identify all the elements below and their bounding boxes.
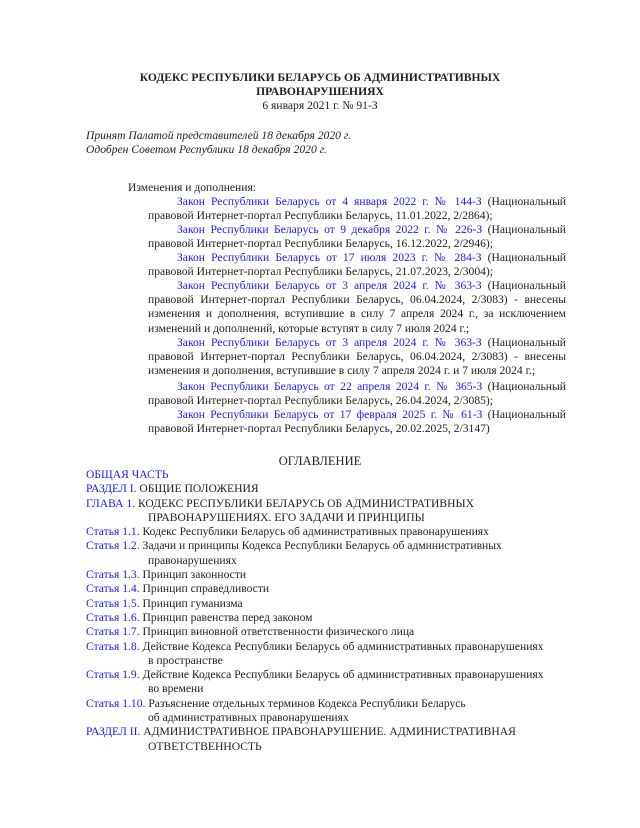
document-title-line1: КОДЕКС РЕСПУБЛИКИ БЕЛАРУСЬ ОБ АДМИНИСТРА… bbox=[80, 71, 560, 85]
amendment-item: Закон Республики Беларусь от 17 июля 202… bbox=[148, 251, 566, 279]
amendment-item: Закон Республики Беларусь от 17 февраля … bbox=[148, 408, 566, 436]
toc-entry: Статья 1.2. Задачи и принципы Кодекса Ре… bbox=[86, 539, 544, 553]
toc-entry: Статья 1.8. Действие Кодекса Республики … bbox=[86, 640, 544, 654]
toc-entry-title: АДМИНИСТРАТИВНОЕ ПРАВОНАРУШЕНИЕ. АДМИНИС… bbox=[140, 725, 516, 738]
toc-link[interactable]: Статья 1.6. bbox=[86, 611, 140, 624]
amendment-item: Закон Республики Беларусь от 3 апреля 20… bbox=[148, 279, 566, 336]
approved-line: Одобрен Советом Республики 18 декабря 20… bbox=[86, 143, 327, 157]
toc-entry-title: Кодекс Республики Беларусь об администра… bbox=[140, 525, 489, 538]
amendment-link[interactable]: Закон Республики Беларусь от 9 декабря 2… bbox=[177, 223, 482, 236]
toc-entry-title: Задачи и принципы Кодекса Республики Бел… bbox=[140, 539, 502, 552]
toc-entry: Статья 1.3. Принцип законности bbox=[86, 568, 544, 582]
amendment-link[interactable]: Закон Республики Беларусь от 3 апреля 20… bbox=[177, 279, 482, 292]
toc-link[interactable]: Статья 1.9. bbox=[86, 668, 140, 681]
toc-entry-continuation: во времени bbox=[86, 682, 544, 696]
toc-entry: ГЛАВА 1. КОДЕКС РЕСПУБЛИКИ БЕЛАРУСЬ ОБ А… bbox=[86, 497, 544, 511]
toc-entry-continuation: об административных правонарушениях bbox=[86, 711, 544, 725]
toc-link[interactable]: Статья 1.10. bbox=[86, 697, 145, 710]
toc-entry-title: Принцип законности bbox=[140, 568, 246, 581]
toc-link[interactable]: ОБЩАЯ ЧАСТЬ bbox=[86, 468, 169, 481]
amendment-item: Закон Республики Беларусь от 9 декабря 2… bbox=[148, 223, 566, 251]
amendment-item: Закон Республики Беларусь от 4 января 20… bbox=[148, 195, 566, 223]
amendment-item: Закон Республики Беларусь от 3 апреля 20… bbox=[148, 336, 566, 379]
toc-entry-continuation: ПРАВОНАРУШЕНИЯХ. ЕГО ЗАДАЧИ И ПРИНЦИПЫ bbox=[86, 511, 544, 525]
toc-entry-continuation: в пространстве bbox=[86, 654, 544, 668]
amendment-item: Закон Республики Беларусь от 22 апреля 2… bbox=[148, 380, 566, 408]
table-of-contents: ОБЩАЯ ЧАСТЬРАЗДЕЛ I. ОБЩИЕ ПОЛОЖЕНИЯГЛАВ… bbox=[86, 468, 544, 754]
amendment-link[interactable]: Закон Республики Беларусь от 22 апреля 2… bbox=[177, 380, 482, 393]
toc-entry-title: Действие Кодекса Республики Беларусь об … bbox=[140, 668, 544, 681]
toc-link[interactable]: Статья 1.3. bbox=[86, 568, 140, 581]
toc-entry-title: КОДЕКС РЕСПУБЛИКИ БЕЛАРУСЬ ОБ АДМИНИСТРА… bbox=[135, 497, 474, 510]
toc-entry: Статья 1.5. Принцип гуманизма bbox=[86, 597, 544, 611]
toc-entry: Статья 1.10. Разъяснение отдельных терми… bbox=[86, 697, 544, 711]
toc-link[interactable]: Статья 1.7. bbox=[86, 625, 140, 638]
toc-link[interactable]: РАЗДЕЛ II. bbox=[86, 725, 140, 738]
toc-link[interactable]: ГЛАВА 1. bbox=[86, 497, 135, 510]
toc-entry-continuation: правонарушениях bbox=[86, 554, 544, 568]
toc-link[interactable]: Статья 1.2. bbox=[86, 539, 140, 552]
toc-entry: РАЗДЕЛ II. АДМИНИСТРАТИВНОЕ ПРАВОНАРУШЕН… bbox=[86, 725, 544, 739]
toc-entry: РАЗДЕЛ I. ОБЩИЕ ПОЛОЖЕНИЯ bbox=[86, 482, 544, 496]
toc-entry-title: Действие Кодекса Республики Беларусь об … bbox=[140, 640, 544, 653]
toc-entry: Статья 1.9. Действие Кодекса Республики … bbox=[86, 668, 544, 682]
amendment-link[interactable]: Закон Республики Беларусь от 3 апреля 20… bbox=[177, 336, 482, 349]
amendment-link[interactable]: Закон Республики Беларусь от 17 февраля … bbox=[177, 408, 482, 421]
toc-link[interactable]: Статья 1.4. bbox=[86, 582, 140, 595]
document-page: КОДЕКС РЕСПУБЛИКИ БЕЛАРУСЬ ОБ АДМИНИСТРА… bbox=[0, 0, 640, 828]
changes-label: Изменения и дополнения: bbox=[128, 181, 256, 195]
toc-entry: Статья 1.1. Кодекс Республики Беларусь о… bbox=[86, 525, 544, 539]
toc-entry-title: Принцип равенства перед законом bbox=[140, 611, 313, 624]
toc-link[interactable]: Статья 1.1. bbox=[86, 525, 140, 538]
amendment-link[interactable]: Закон Республики Беларусь от 17 июля 202… bbox=[177, 251, 482, 264]
toc-entry-title: Разъяснение отдельных терминов Кодекса Р… bbox=[145, 697, 465, 710]
toc-entry: ОБЩАЯ ЧАСТЬ bbox=[86, 468, 544, 482]
toc-entry-continuation: ОТВЕТСТВЕННОСТЬ bbox=[86, 740, 544, 754]
toc-link[interactable]: РАЗДЕЛ I. bbox=[86, 482, 137, 495]
toc-link[interactable]: Статья 1.8. bbox=[86, 640, 140, 653]
toc-entry: Статья 1.6. Принцип равенства перед зако… bbox=[86, 611, 544, 625]
toc-title: ОГЛАВЛЕНИЕ bbox=[80, 454, 560, 468]
toc-link[interactable]: Статья 1.5. bbox=[86, 597, 140, 610]
accepted-line: Принят Палатой представителей 18 декабря… bbox=[86, 129, 351, 143]
toc-entry: Статья 1.4. Принцип справедливости bbox=[86, 582, 544, 596]
toc-entry: Статья 1.7. Принцип виновной ответственн… bbox=[86, 625, 544, 639]
document-title-line2: ПРАВОНАРУШЕНИЯХ bbox=[80, 85, 560, 99]
toc-entry-title: ОБЩИЕ ПОЛОЖЕНИЯ bbox=[137, 482, 259, 495]
toc-entry-title: Принцип гуманизма bbox=[140, 597, 243, 610]
toc-entry-title: Принцип виновной ответственности физичес… bbox=[140, 625, 415, 638]
document-date: 6 января 2021 г. № 91-З bbox=[80, 99, 560, 113]
toc-entry-title: Принцип справедливости bbox=[140, 582, 269, 595]
amendment-link[interactable]: Закон Республики Беларусь от 4 января 20… bbox=[177, 195, 482, 208]
